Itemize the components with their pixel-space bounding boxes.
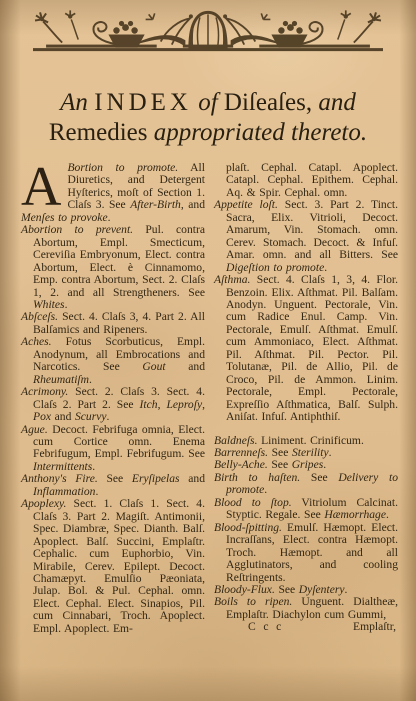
text-segment: Itch xyxy=(140,398,158,411)
text-segment: . xyxy=(323,458,326,471)
text-segment: Bloody-Flux. xyxy=(214,583,275,596)
text-segment: Barrenneſs. xyxy=(214,446,268,459)
text-segment: . xyxy=(108,211,111,224)
drop-cap: A xyxy=(21,162,67,210)
index-entry: Appetite loſt. Sect. 3. Part 2. Tinct. S… xyxy=(214,199,398,274)
text-segment: . xyxy=(345,583,348,596)
text-segment: Rheumatiſm xyxy=(33,373,89,386)
text-segment: Anthony's Fire. xyxy=(21,472,98,485)
text-segment: Sterility xyxy=(292,446,329,459)
book-page: An INDEX of Diſeaſes, and Remedies appro… xyxy=(0,0,416,701)
index-column-right: plaſt. Cephal. Catapl. Apoplect. Catapl.… xyxy=(214,162,398,635)
page-title: An INDEX of Diſeaſes, and Remedies appro… xyxy=(0,88,416,148)
text-segment: Ague. xyxy=(21,423,48,436)
text-segment: Digeſtion to promote xyxy=(226,261,324,274)
text-segment: . xyxy=(264,483,267,496)
text-segment: Abſceſs. xyxy=(21,310,58,323)
text-segment: Whites xyxy=(33,298,65,311)
signature-mark: C c c xyxy=(248,621,283,633)
text-segment: Pox xyxy=(33,410,51,423)
index-entry: Acrimony. Sect. 2. Claſs 3. Sect. 4. Cla… xyxy=(21,386,205,423)
text-segment: Birth to haſten. xyxy=(214,471,300,484)
text-segment: Gripes xyxy=(292,458,324,471)
index-entry: plaſt. Cephal. Catapl. Apoplect. Catapl.… xyxy=(214,162,398,199)
text-segment: Dyſentery xyxy=(299,583,345,596)
text-segment: Inflammation xyxy=(33,485,95,498)
text-segment: Intermittents xyxy=(33,460,92,473)
text-segment: . xyxy=(95,485,98,498)
text-segment: Decoct. Febrifuga omnia, Elect. cum Cort… xyxy=(33,423,205,461)
text-segment: Leproſy xyxy=(166,398,202,411)
text-segment: and xyxy=(51,410,75,423)
index-entry: ABortion to promote. All Diuretics, and … xyxy=(21,162,205,224)
floral-headpiece-icon xyxy=(32,7,384,54)
text-segment: . xyxy=(324,261,327,274)
text-segment: Sect. 4. Claſs 1, 3, 4. Flor. Benzoin. E… xyxy=(226,273,398,423)
text-segment: Apoplexy. xyxy=(21,497,66,510)
text-segment: . xyxy=(89,373,92,386)
index-entry: Aches. Fotus Scorbuticus, Empl. Anodynum… xyxy=(21,336,205,386)
footer-line: C c cEmplaſtr, xyxy=(214,621,398,633)
text-segment: Remedies xyxy=(49,119,154,146)
text-segment: Bortion to promote. xyxy=(67,161,178,174)
text-segment: Liniment. Crinificum. xyxy=(257,434,363,447)
text-segment: of xyxy=(192,89,224,116)
text-segment: Diſeaſes, xyxy=(224,89,318,116)
text-segment: Sect. 4. Claſs 3, 4. Part 2. All Balſami… xyxy=(33,310,205,335)
text-segment: See xyxy=(268,458,292,471)
index-entry: Abortion to prevent. Pul. contra Abortum… xyxy=(21,224,205,311)
index-entry: Aſthma. Sect. 4. Claſs 1, 3, 4. Flor. Be… xyxy=(214,274,398,423)
text-segment: Belly-Ache. xyxy=(214,458,268,471)
index-entry: Anthony's Fire. See Eryſipelas and Infla… xyxy=(21,473,205,498)
text-segment: and xyxy=(166,360,205,373)
text-segment: plaſt. Cephal. Catapl. Apoplect. Catapl.… xyxy=(226,161,398,199)
text-segment: , xyxy=(202,398,205,411)
index-entry: Boils to ripen. Unguent. Dialtheæ, Empla… xyxy=(214,596,398,621)
text-segment: and xyxy=(318,89,356,116)
index-column-left: ABortion to promote. All Diuretics, and … xyxy=(21,162,205,635)
text-segment: See xyxy=(300,471,338,484)
text-segment: Baldneſs. xyxy=(214,434,257,447)
text-segment: and xyxy=(180,472,205,485)
text-segment: Scurvy xyxy=(75,410,107,423)
text-segment: . xyxy=(329,446,332,459)
text-segment: Eryſipelas xyxy=(132,472,180,485)
text-segment: Blood to ſtop. xyxy=(214,496,292,509)
title-line-2: Remedies appropriated thereto. xyxy=(0,118,416,148)
text-segment: Gout xyxy=(142,360,165,373)
catchword: Emplaſtr, xyxy=(353,621,396,633)
text-segment: INDEX xyxy=(94,89,192,116)
text-segment: See xyxy=(275,583,299,596)
text-segment: After-Birth xyxy=(130,198,181,211)
text-segment: . xyxy=(107,410,110,423)
index-columns: ABortion to promote. All Diuretics, and … xyxy=(0,162,416,635)
index-entry: Blood-ſpitting. Emulſ. Hæmopt. Elect. In… xyxy=(214,522,398,584)
text-segment: Hæmorrhage xyxy=(324,508,386,521)
text-segment: An xyxy=(60,89,94,116)
index-entry: Blood to ſtop. Vitriolum Calcinat. Stypt… xyxy=(214,497,398,522)
title-line-1: An INDEX of Diſeaſes, and xyxy=(0,88,416,118)
text-segment: Aſthma. xyxy=(214,273,250,286)
text-segment: Blood-ſpitting. xyxy=(214,521,282,534)
text-segment: Boils to ripen. xyxy=(214,595,292,608)
text-segment: , and xyxy=(181,198,205,211)
text-segment: . xyxy=(65,298,68,311)
index-entry: Birth to haſten. See Delivery to promote… xyxy=(214,472,398,497)
text-segment: Appetite loſt. xyxy=(214,198,278,211)
text-segment: Aches. xyxy=(21,335,52,348)
text-segment: Sect. 1. Claſs 1. Sect. 4. Claſs 3. Part… xyxy=(33,497,205,635)
text-segment: appropriated thereto. xyxy=(154,119,367,146)
text-segment: Acrimony. xyxy=(21,385,68,398)
text-segment: See xyxy=(98,472,132,485)
text-segment: . xyxy=(386,508,389,521)
index-entry: Apoplexy. Sect. 1. Claſs 1. Sect. 4. Cla… xyxy=(21,498,205,635)
text-segment: Menſes to provoke xyxy=(21,211,108,224)
text-segment: . xyxy=(92,460,95,473)
index-entry: Abſceſs. Sect. 4. Claſs 3, 4. Part 2. Al… xyxy=(21,311,205,336)
index-entry: Ague. Decoct. Febrifuga omnia, Elect. cu… xyxy=(21,424,205,474)
text-segment: Abortion to prevent. xyxy=(21,223,133,236)
text-segment: See xyxy=(268,446,292,459)
